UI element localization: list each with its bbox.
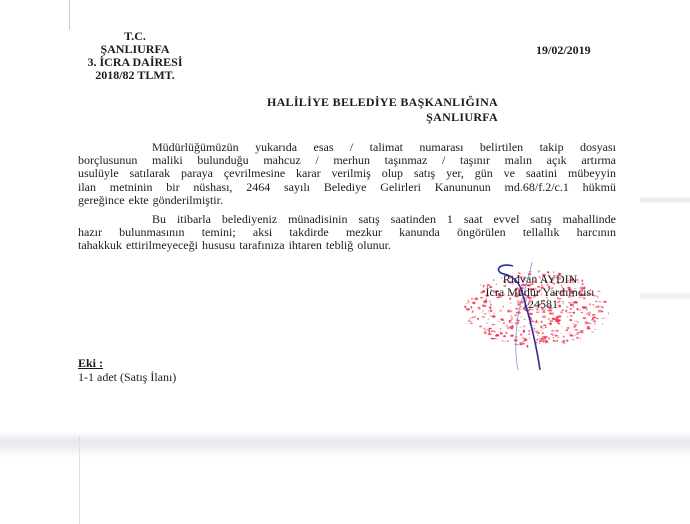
body-paragraph-1: Müdürlüğümüzün yukarıda esas / talimat n…	[78, 141, 616, 207]
issuer-header: T.C. ŞANLIURFA 3. İCRA DAİRESİ 2018/82 T…	[70, 30, 200, 82]
document-page: T.C. ŞANLIURFA 3. İCRA DAİRESİ 2018/82 T…	[0, 0, 690, 524]
paragraph-line: ilan metninin bir nüshası, 2464 sayılı B…	[78, 181, 616, 194]
file-number: 2018/82 TLMT.	[70, 69, 200, 82]
scan-fold-line	[69, 0, 70, 30]
scan-shadow-band	[0, 432, 690, 458]
recipient-block: HALİLİYE BELEDİYE BAŞKANLIĞINA ŞANLIURFA	[220, 95, 498, 125]
attachment-item: 1-1 adet (Satış İlanı)	[78, 370, 176, 384]
scan-edge-mark	[640, 292, 690, 300]
scan-edge-mark	[640, 196, 690, 204]
paragraph-line: usulüyle satılarak paraya çevrilmesine k…	[78, 167, 616, 180]
recipient-name: HALİLİYE BELEDİYE BAŞKANLIĞINA	[220, 95, 498, 110]
handwritten-signature-icon	[480, 262, 560, 372]
attachments-title: Eki :	[78, 356, 176, 370]
document-date: 19/02/2019	[536, 43, 591, 58]
attachments-block: Eki : 1-1 adet (Satış İlanı)	[78, 356, 176, 384]
paragraph-line: tahakkuk ettirilmeyeceği hususu tarafını…	[78, 239, 616, 252]
paragraph-line: gereğince ekte gönderilmiştir.	[78, 194, 616, 207]
body-paragraph-2: Bu itibarla belediyeniz münadisinin satı…	[78, 213, 616, 253]
recipient-city: ŞANLIURFA	[220, 110, 498, 125]
